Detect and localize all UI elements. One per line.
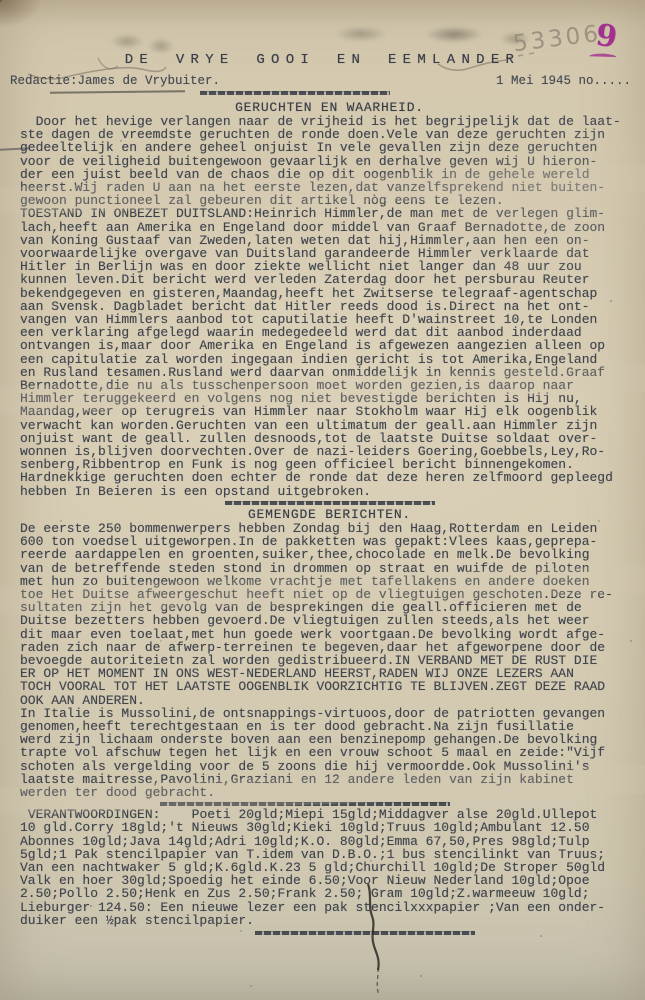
section-heading-geruchten: GERUCHTEN EN WAARHEID. — [20, 100, 639, 115]
masthead: DE VRYE GOOI EN EEMLANDER Redactie:James… — [0, 0, 645, 95]
section-heading-gemengde: GEMENGDE BERICHTEN. — [20, 507, 639, 522]
newspaper-page: 53306 9 DE VRYE GOOI EN EEMLANDER Redact… — [0, 0, 645, 1000]
redactie-line: Redactie:James de Vrybuiter. — [10, 74, 220, 88]
paragraph-toestand-duitsland: TOESTAND IN ONBEZET DUITSLAND:Heinrich H… — [20, 207, 639, 497]
paragraph-verantwoordingen: VERANTWOORDINGEN: Poeti 20gld;Miepi 15gl… — [20, 808, 639, 927]
paragraph-geruchten-intro: Door het hevige verlangen naar de vrijhe… — [20, 115, 639, 207]
paragraph-voedseldroppings: De eerste 250 bommenwerpers hebben Zonda… — [20, 522, 639, 707]
byline-row: Redactie:James de Vrybuiter. 1 Mei 1945 … — [0, 68, 645, 88]
newspaper-title: DE VRYE GOOI EN EEMLANDER — [0, 52, 645, 68]
article-body: GERUCHTEN EN WAARHEID. Door het hevige v… — [0, 97, 645, 935]
typed-divider — [255, 931, 475, 935]
pencil-strike-through-name — [50, 90, 185, 93]
typed-divider — [160, 802, 450, 806]
date-line: 1 Mei 1945 no..... — [496, 74, 631, 88]
typed-divider — [225, 501, 435, 505]
typed-divider — [200, 91, 390, 95]
paragraph-mussolini: In Italie is Mussolini,de ontsnappings-v… — [20, 707, 639, 799]
